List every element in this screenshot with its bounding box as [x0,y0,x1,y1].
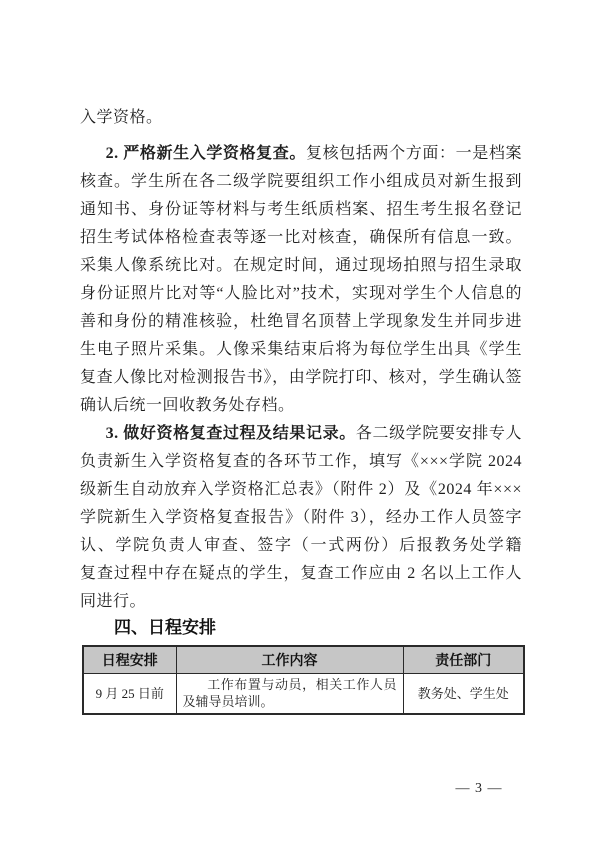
text-segment: 采集人像系统比对。在规定时间，通过现场拍照与招生录取照片、 [80,257,522,280]
column-header-department: 责任部门 [403,646,524,673]
header-row: 日程安排 工作内容 责任部门 [83,646,524,673]
text-line: 负责新生入学资格复查的各环节工作，填写《×××学院 2024 [80,448,522,476]
text-line: 2. 严格新生入学资格复查。复核包括两个方面：一是档案 [80,140,522,168]
table-row: 9 月 25 日前工作布置与动员，相关工作人员及辅导员培训。教务处、学生处 [83,673,524,714]
text-segment: 核查。学生所在各二级学院要组织工作小组成员对新生报到录取 [80,173,522,196]
text-line: 通知书、身份证等材料与考生纸质档案、招生考生报名登记表、 [80,196,522,224]
page-number: — 3 — [446,781,512,797]
text-segment: 各二级学院要安排专人 [356,425,522,442]
cell-department: 教务处、学生处 [403,673,524,714]
text-line: 学院新生入学资格复查报告》（附件 3），经办工作人员签字确 [80,504,522,532]
text-segment: 同进行。 [80,593,146,610]
text-line: 入学资格。 [80,104,522,132]
cell-work-content-text: 工作布置与动员，相关工作人员及辅导员培训。 [181,676,399,710]
cell-work-content: 工作布置与动员，相关工作人员及辅导员培训。 [176,673,403,714]
text-line: 招生考试体格检查表等逐一比对核查，确保所有信息一致。二是 [80,224,522,252]
text-line: 核查。学生所在各二级学院要组织工作小组成员对新生报到录取 [80,168,522,196]
column-header-work-content: 工作内容 [176,646,403,673]
text-segment: 确认后统一回收教务处存档。 [80,397,295,414]
body-text: 入学资格。2. 严格新生入学资格复查。复核包括两个方面：一是档案核查。学生所在各… [80,104,522,616]
text-segment: 负责新生入学资格复查的各环节工作，填写《×××学院 2024 [80,453,522,470]
text-line: 采集人像系统比对。在规定时间，通过现场拍照与招生录取照片、 [80,252,522,280]
text-segment: 招生考试体格检查表等逐一比对核查，确保所有信息一致。二是 [80,229,522,252]
schedule-table-header: 日程安排 工作内容 责任部门 [83,646,524,673]
column-header-schedule: 日程安排 [83,646,176,673]
section-heading: 四、日程安排 [114,615,216,641]
text-line: 级新生自动放弃入学资格汇总表》（附件 2）及《2024 年××× [80,476,522,504]
text-line: 复查人像比对检测报告书》，由学院打印、核对，学生确认签字 [80,364,522,392]
text-segment: 认、学院负责人审查、签字（一式两份）后报教务处学籍办。对 [80,537,522,560]
text-line: 身份证照片比对等“人脸比对”技术，实现对学生个人信息的完 [80,280,522,308]
bold-text-segment: 3. 做好资格复查过程及结果记录。 [106,425,356,442]
text-segment: 复查人像比对检测报告书》，由学院打印、核对，学生确认签字 [80,369,522,392]
text-line: 认、学院负责人审查、签字（一式两份）后报教务处学籍办。对 [80,532,522,560]
text-line: 3. 做好资格复查过程及结果记录。各二级学院要安排专人 [80,420,522,448]
schedule-table-body: 9 月 25 日前工作布置与动员，相关工作人员及辅导员培训。教务处、学生处 [83,673,524,714]
text-line: 善和身份的精准核验，杜绝冒名顶替上学现象发生并同步进行学 [80,308,522,336]
bold-text-segment: 2. 严格新生入学资格复查。 [106,145,306,162]
text-segment: 善和身份的精准核验，杜绝冒名顶替上学现象发生并同步进行学 [80,313,522,336]
text-segment: 入学资格。 [80,109,163,126]
text-segment: 复核包括两个方面：一是档案 [306,145,522,162]
text-line: 生电子照片采集。人像采集结束后将为每位学生出具《学生资格 [80,336,522,364]
paragraph: 入学资格。 [80,104,522,132]
text-segment: 复查过程中存在疑点的学生，复查工作应由 2 名以上工作人员共 [80,565,522,588]
text-segment: 生电子照片采集。人像采集结束后将为每位学生出具《学生资格 [80,341,522,364]
text-segment: 级新生自动放弃入学资格汇总表》（附件 2）及《2024 年××× [80,481,522,498]
text-segment: 身份证照片比对等“人脸比对”技术，实现对学生个人信息的完 [80,285,522,308]
text-line: 同进行。 [80,588,522,616]
text-segment: 通知书、身份证等材料与考生纸质档案、招生考生报名登记表、 [80,201,522,224]
cell-schedule: 9 月 25 日前 [83,673,176,714]
text-line: 复查过程中存在疑点的学生，复查工作应由 2 名以上工作人员共 [80,560,522,588]
paragraph: 3. 做好资格复查过程及结果记录。各二级学院要安排专人负责新生入学资格复查的各环… [80,420,522,616]
text-line: 确认后统一回收教务处存档。 [80,392,522,420]
document-page: 入学资格。2. 严格新生入学资格复查。复核包括两个方面：一是档案核查。学生所在各… [0,0,600,848]
text-segment: 学院新生入学资格复查报告》（附件 3），经办工作人员签字确 [80,509,522,532]
schedule-table: 日程安排 工作内容 责任部门 9 月 25 日前工作布置与动员，相关工作人员及辅… [82,645,525,715]
paragraph: 2. 严格新生入学资格复查。复核包括两个方面：一是档案核查。学生所在各二级学院要… [80,140,522,420]
